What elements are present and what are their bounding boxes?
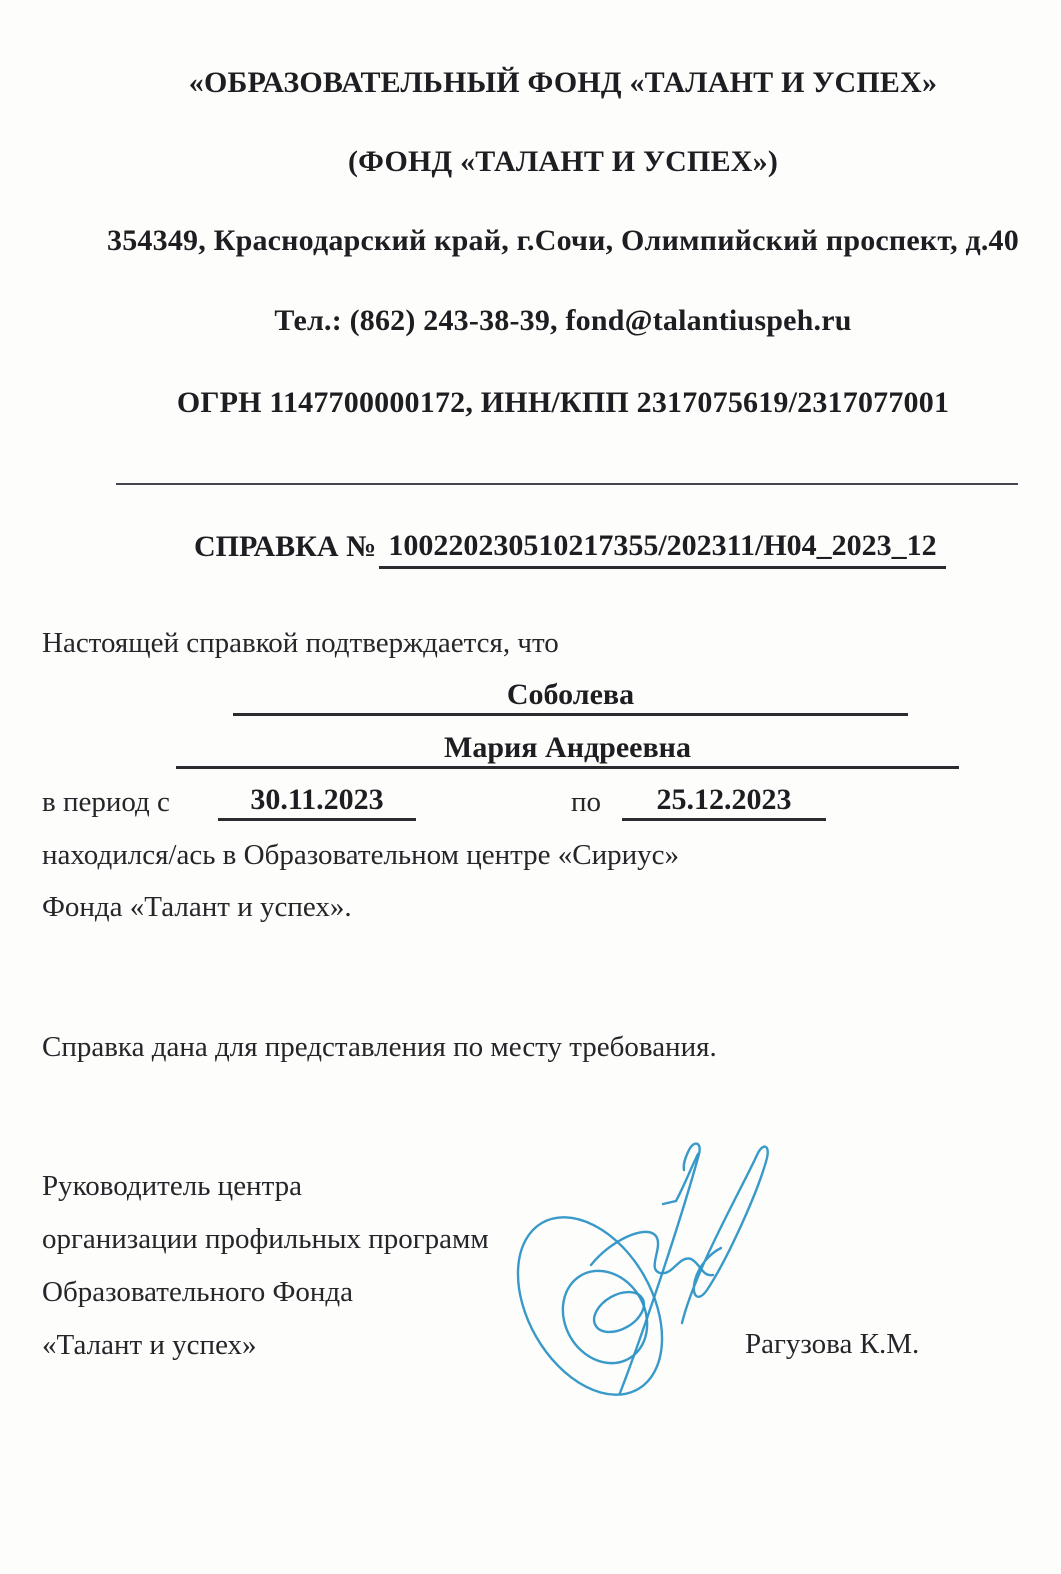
certificate-number: 100220230510217355/202311/Н04_2023_12 xyxy=(379,526,946,569)
date-from-field: 30.11.2023 xyxy=(218,782,416,821)
signer-position-line-2: организации профильных программ xyxy=(42,1223,489,1256)
header-registration: ОГРН 1147700000172, ИНН/КПП 2317075619/2… xyxy=(65,386,1061,420)
intro-line: Настоящей справкой подтверждается, что xyxy=(42,627,559,660)
period-prefix: в период с xyxy=(42,786,170,819)
first-middle-name-field: Мария Андреевна xyxy=(176,730,959,769)
header-org-title: «ОБРАЗОВАТЕЛЬНЫЙ ФОНД «ТАЛАНТ И УСПЕХ» xyxy=(65,66,1061,100)
body-line-2: Фонда «Талант и успех». xyxy=(42,891,352,924)
header-contacts: Тел.: (862) 243-38-39, fond@talantiuspeh… xyxy=(65,304,1061,338)
header-divider xyxy=(116,483,1018,485)
date-to-field: 25.12.2023 xyxy=(622,782,826,821)
signature-stroke-zigzag xyxy=(591,1232,713,1275)
body-line-1: находился/ась в Образовательном центре «… xyxy=(42,839,679,872)
signature-oval-middle xyxy=(546,1255,663,1378)
document-page: «ОБРАЗОВАТЕЛЬНЫЙ ФОНД «ТАЛАНТ И УСПЕХ» (… xyxy=(0,0,1061,1574)
signature-ink xyxy=(495,1128,795,1413)
certificate-label: СПРАВКА № xyxy=(194,530,376,564)
signer-position-line-4: «Талант и успех» xyxy=(42,1329,257,1362)
header-org-short: (ФОНД «ТАЛАНТ И УСПЕХ») xyxy=(65,145,1061,179)
purpose-line: Справка дана для представления по месту … xyxy=(42,1031,717,1064)
period-connector: по xyxy=(571,786,601,819)
signer-position-line-3: Образовательного Фонда xyxy=(42,1276,353,1309)
header-address: 354349, Краснодарский край, г.Сочи, Олим… xyxy=(65,224,1061,258)
signer-position-line-1: Руководитель центра xyxy=(42,1170,302,1203)
last-name-field: Соболева xyxy=(233,677,908,716)
signer-name: Рагузова К.М. xyxy=(745,1328,919,1361)
signature-oval-outer xyxy=(495,1192,692,1413)
